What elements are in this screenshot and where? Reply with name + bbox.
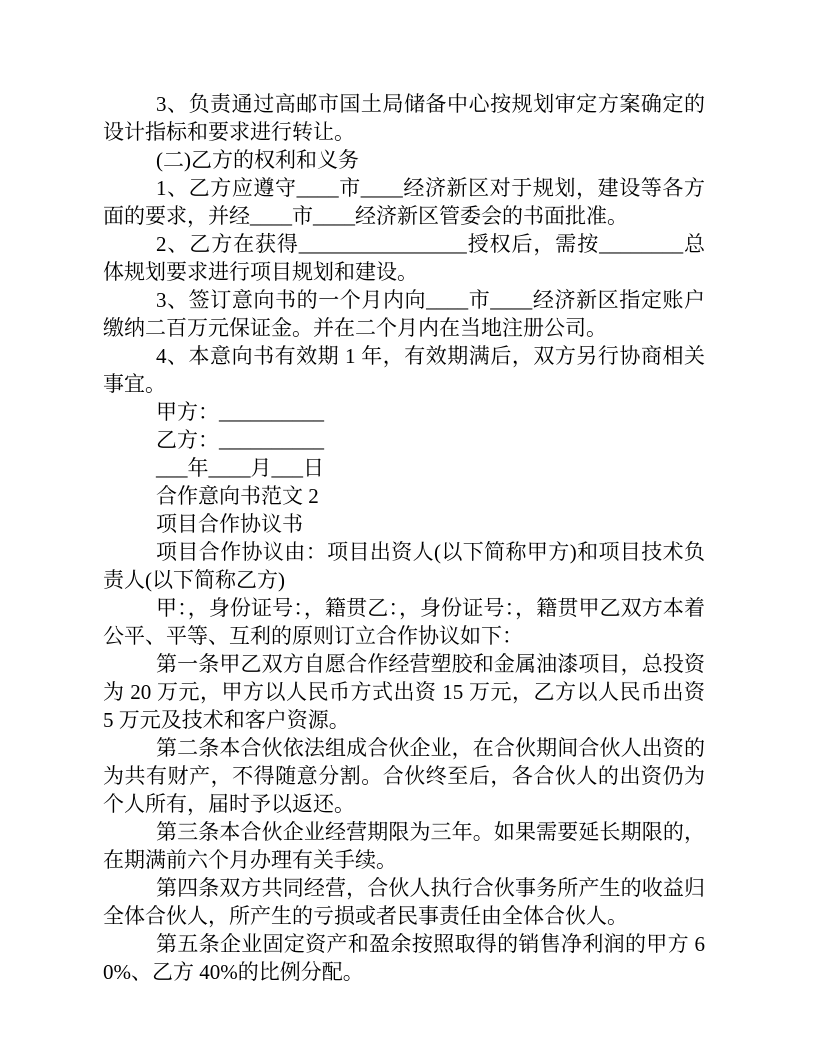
paragraph-article-5: 第五条企业固定资产和盈余按照取得的销售净利润的甲方 60%、乙方 40%的比例分… bbox=[103, 930, 705, 986]
heading-project-agreement-title: 项目合作协议书 bbox=[103, 510, 705, 538]
document-body: 3、负责通过高邮市国土局储备中心按规划审定方案确定的设计指标和要求进行转让。 (… bbox=[103, 90, 705, 986]
paragraph-clause-1-compliance: 1、乙方应遵守____市____经济新区对于规划，建设等各方面的要求，并经___… bbox=[103, 174, 705, 230]
paragraph-article-1: 第一条甲乙双方自愿合作经营塑胶和金属油漆项目，总投资为 20 万元，甲方以人民币… bbox=[103, 650, 705, 734]
heading-sample-2: 合作意向书范文 2 bbox=[103, 482, 705, 510]
paragraph-article-4: 第四条双方共同经营，合伙人执行合伙事务所产生的收益归全体合伙人，所产生的亏损或者… bbox=[103, 874, 705, 930]
paragraph-clause-3-deposit: 3、签订意向书的一个月内向____市____经济新区指定账户缴纳二百万元保证金。… bbox=[103, 286, 705, 342]
paragraph-clause-2-authorization: 2、乙方在获得________________授权后，需按________总体规… bbox=[103, 230, 705, 286]
party-b-signature-line: 乙方：__________ bbox=[103, 426, 705, 454]
party-a-signature-line: 甲方：__________ bbox=[103, 398, 705, 426]
paragraph-agreement-parties: 项目合作协议由：项目出资人(以下简称甲方)和项目技术负责人(以下简称乙方) bbox=[103, 538, 705, 594]
date-line: ___年____月___日 bbox=[103, 454, 705, 482]
paragraph-clause-4-validity: 4、本意向书有效期 1 年，有效期满后，双方另行协商相关事宜。 bbox=[103, 342, 705, 398]
paragraph-article-3: 第三条本合伙企业经营期限为三年。如果需要延长期限的，在期满前六个月办理有关手续。 bbox=[103, 818, 705, 874]
heading-section-2-party-b-rights: (二)乙方的权利和义务 bbox=[103, 146, 705, 174]
document-page: 3、负责通过高邮市国土局储备中心按规划审定方案确定的设计指标和要求进行转让。 (… bbox=[0, 0, 816, 1056]
paragraph-party-identity: 甲：，身份证号：，籍贯乙：，身份证号：，籍贯甲乙双方本着公平、平等、互利的原则订… bbox=[103, 594, 705, 650]
paragraph-clause-3-land-transfer: 3、负责通过高邮市国土局储备中心按规划审定方案确定的设计指标和要求进行转让。 bbox=[103, 90, 705, 146]
paragraph-article-2: 第二条本合伙依法组成合伙企业，在合伙期间合伙人出资的为共有财产，不得随意分割。合… bbox=[103, 734, 705, 818]
